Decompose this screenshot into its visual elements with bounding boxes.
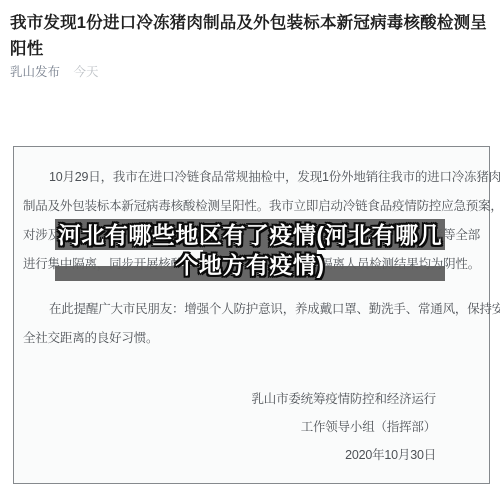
overlay-caption-line-2: 个地方有疫情) <box>0 250 500 280</box>
notice-paragraph-2: 在此提醒广大市民朋友：增强个人防护意识，养成戴口罩、勤洗手、常通风，保持安 全社… <box>23 295 480 353</box>
notice-line-2: 制品及外包装标本新冠病毒核酸检测呈阳性。我市立即启动冷链食品疫情防控应急预案， <box>23 192 480 221</box>
signature-block: 乳山市委统筹疫情防控和经济运行 工作领导小组（指挥部） 2020年10月30日 <box>23 385 480 469</box>
publish-time: 今天 <box>74 65 99 79</box>
source-account-link[interactable]: 乳山发布 <box>10 65 60 79</box>
article-title: 我市发现1份进口冷冻猪肉制品及外包装标本新冠病毒核酸检测呈阳性 <box>10 10 492 62</box>
signature-org-line-1: 乳山市委统筹疫情防控和经济运行 <box>23 385 436 413</box>
signature-org-line-2: 工作领导小组（指挥部） <box>23 413 436 441</box>
article-page: 我市发现1份进口冷冻猪肉制品及外包装标本新冠病毒核酸检测呈阳性 乳山发布 今天 … <box>0 0 500 497</box>
notice-line-1: 10月29日，我市在进口冷链食品常规抽检中，发现1份外地销往我市的进口冷冻猪肉 <box>23 163 480 192</box>
reminder-line-1: 在此提醒广大市民朋友：增强个人防护意识，养成戴口罩、勤洗手、常通风，保持安 <box>23 295 480 324</box>
overlay-caption: 河北有哪些地区有了疫情(河北有哪几 个地方有疫情) <box>0 220 500 280</box>
source-row: 乳山发布 今天 <box>10 64 99 80</box>
signature-date: 2020年10月30日 <box>23 441 436 469</box>
reminder-line-2: 全社交距离的良好习惯。 <box>23 324 480 353</box>
notice-box: 10月29日，我市在进口冷链食品常规抽检中，发现1份外地销往我市的进口冷冻猪肉 … <box>13 146 490 484</box>
overlay-caption-line-1: 河北有哪些地区有了疫情(河北有哪几 <box>0 220 500 250</box>
